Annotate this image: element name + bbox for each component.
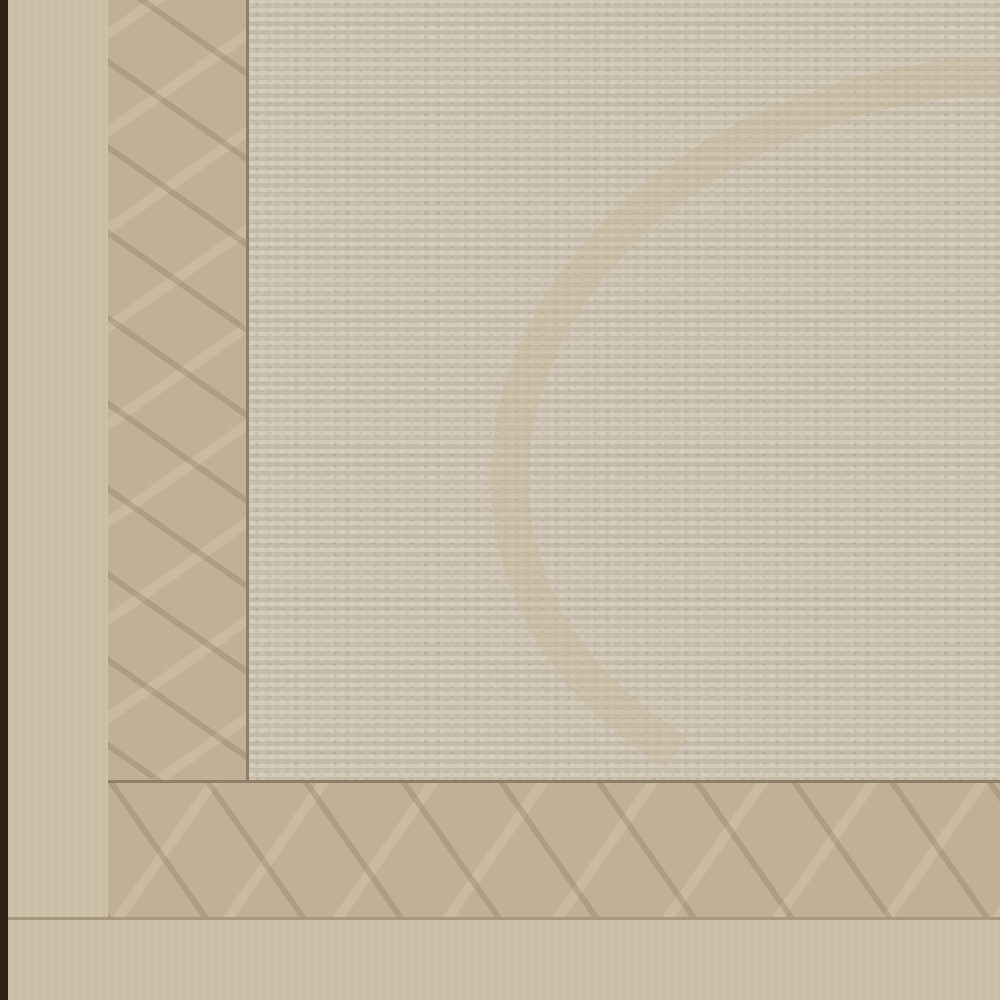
rug-edge-shadow <box>0 0 8 1000</box>
outer-border-bottom <box>8 917 1000 1000</box>
cable-border-bottom <box>108 780 1000 923</box>
outer-border-left <box>8 0 111 1000</box>
rug-photo <box>8 0 1000 1000</box>
